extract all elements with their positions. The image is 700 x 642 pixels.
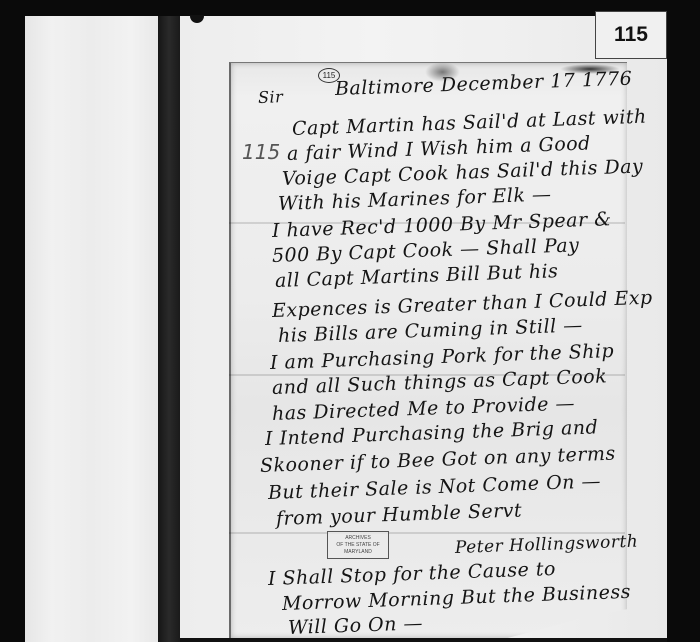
stamp-line: OF THE STATE OF (336, 542, 379, 549)
stamp-line: MARYLAND (344, 549, 372, 556)
salutation: Sir (258, 87, 284, 107)
bottom-edge (180, 638, 667, 642)
folio-number-label: 115 (595, 11, 667, 59)
folio-number: 115 (614, 23, 648, 47)
stamp-line: ARCHIVES (345, 535, 371, 542)
binding-gutter (158, 16, 180, 642)
adjacent-page-strip (25, 16, 158, 642)
postscript-line: Will Go On — (288, 612, 424, 639)
margin-number: 115 (242, 140, 280, 164)
archives-stamp: ARCHIVES OF THE STATE OF MARYLAND (327, 531, 389, 559)
